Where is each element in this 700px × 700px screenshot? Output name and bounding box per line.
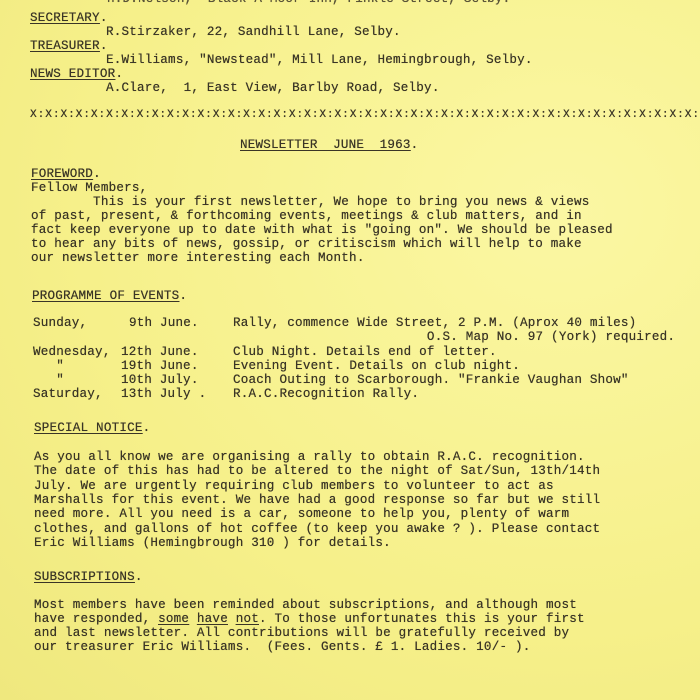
news-editor-label-line: NEWS EDITOR. [30,67,123,81]
event-description: Rally, commence Wide Street, 2 P.M. (Apr… [233,316,636,330]
treasurer-label: TREASURER [30,39,100,53]
foreword-line: our newsletter more interesting each Mon… [31,251,365,265]
special-notice-heading: SPECIAL NOTICE [34,421,143,435]
foreword-salutation: Fellow Members, [31,181,147,195]
event-day: " [33,373,64,387]
newsletter-title-line: NEWSLETTER JUNE 1963. [240,138,418,152]
event-day: Saturday, [33,387,103,401]
foreword-line: to hear any bits of news, gossip, or cri… [31,237,582,251]
event-description: Club Night. Details end of letter. [233,345,497,359]
special-notice-line: Marshalls for this event. We have had a … [34,493,600,507]
event-day: " [33,359,64,373]
treasurer-address: E.Williams, "Newstead", Mill Lane, Hemin… [106,53,533,67]
programme-heading: PROGRAMME OF EVENTS [32,289,179,303]
event-date: 10th July. [121,373,199,387]
special-notice-line: clothes, and gallons of hot coffee (to k… [34,522,600,536]
separator-line: X:X:X:X:X:X:X:X:X:X:X:X:X:X:X:X:X:X:X:X:… [30,108,700,122]
subscriptions-heading: SUBSCRIPTIONS [34,570,135,584]
underlined-have: have [197,612,228,626]
subscriptions-line-2: have responded, some have not. To those … [34,612,585,626]
foreword-heading: FOREWORD [31,167,93,181]
secretary-label-line: SECRETARY. [30,11,108,25]
underlined-some: some [158,612,189,626]
chairman-text: H.D.Nelson, Black-A-Moor Inn, Finkle Str… [30,0,510,6]
event-date: 12th June. [121,345,199,359]
special-notice-line: Eric Williams (Hemingbrough 310 ) for de… [34,536,391,550]
event-date: 19th June. [121,359,199,373]
subscriptions-line-3: and last newsletter. All contributions w… [34,626,569,640]
subscriptions-line-2-start: have responded, [34,612,158,626]
chairman-line-partial: H.D.Nelson, Black-A-Moor Inn, Finkle Str… [30,0,510,6]
programme-heading-line: PROGRAMME OF EVENTS. [32,289,187,303]
special-notice-line: As you all know we are organising a rall… [34,450,585,464]
event-date: 9th June. [129,316,199,330]
newsletter-title: NEWSLETTER JUNE 1963 [240,138,411,152]
secretary-label: SECRETARY [30,11,100,25]
event-description: Coach Outing to Scarborough. "Frankie Va… [233,373,629,387]
foreword-line: of past, present, & forthcoming events, … [31,209,582,223]
event-description: R.A.C.Recognition Rally. [233,387,419,401]
foreword-line: fact keep everyone up to date with what … [31,223,613,237]
news-editor-address: A.Clare, 1, East View, Barlby Road, Selb… [106,81,440,95]
subscriptions-line-1: Most members have been reminded about su… [34,598,577,612]
event-date: 13th July . [121,387,206,401]
secretary-address: R.Stirzaker, 22, Sandhill Lane, Selby. [106,25,401,39]
special-notice-line: July. We are urgently requiring club mem… [34,479,554,493]
special-notice-line: The date of this has had to be altered t… [34,464,600,478]
subscriptions-heading-line: SUBSCRIPTIONS. [34,570,143,584]
foreword-heading-line: FOREWORD. [31,167,101,181]
treasurer-label-line: TREASURER. [30,39,108,53]
event-description: O.S. Map No. 97 (York) required. [233,330,675,344]
event-day: Sunday, [33,316,87,330]
event-day: Wednesday, [33,345,111,359]
special-notice-heading-line: SPECIAL NOTICE. [34,421,150,435]
foreword-line: This is your first newsletter, We hope t… [31,195,590,209]
underlined-not: not [236,612,259,626]
subscriptions-line-2-end: . To those unfortunates this is your fir… [259,612,585,626]
news-editor-label: NEWS EDITOR [30,67,115,81]
subscriptions-line-4: our treasurer Eric Williams. (Fees. Gent… [34,640,530,654]
event-description: Evening Event. Details on club night. [233,359,520,373]
special-notice-line: need more. All you need is a car, someon… [34,507,569,521]
